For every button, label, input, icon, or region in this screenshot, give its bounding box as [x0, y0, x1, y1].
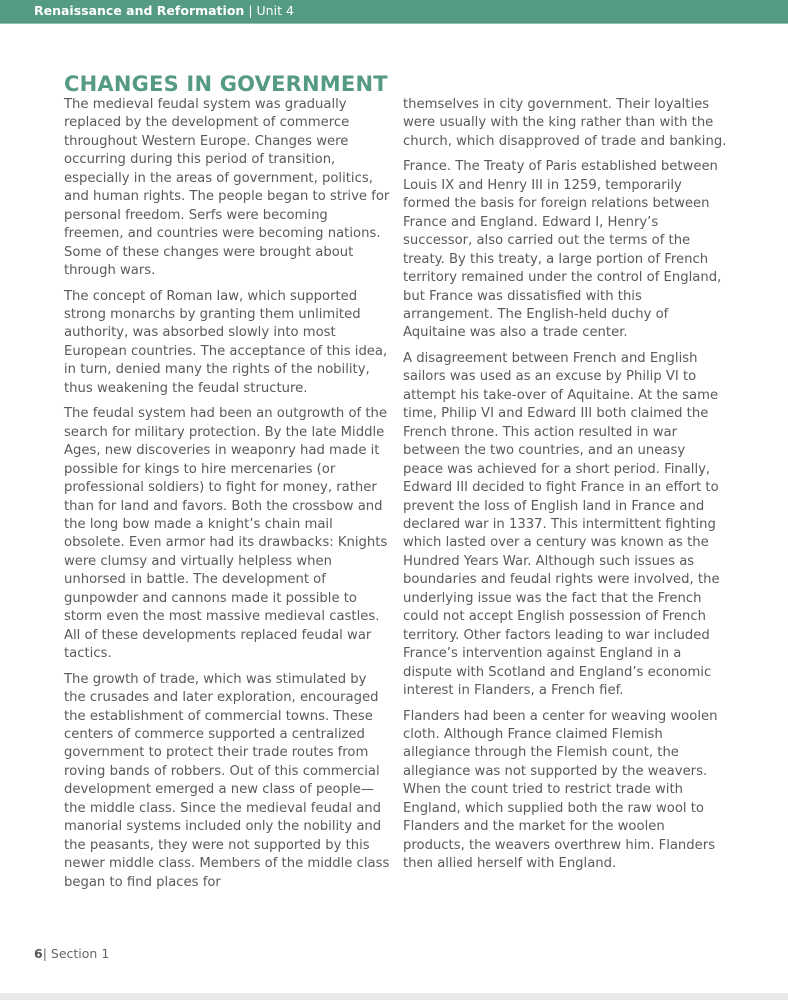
paragraph: A disagreement between French and Englis… — [403, 350, 729, 701]
paragraph: France. The Treaty of Paris established … — [403, 158, 729, 343]
paragraph: The concept of Roman law, which supporte… — [64, 288, 390, 399]
section-title: CHANGES IN GOVERNMENT — [64, 72, 388, 96]
header-band: Renaissance and Reformation|Unit 4 — [0, 0, 788, 24]
section-label: Section 1 — [51, 946, 109, 961]
paragraph: Flanders had been a center for weaving w… — [403, 708, 729, 874]
right-column: themselves in city government. Their loy… — [403, 96, 729, 881]
bottom-band — [0, 993, 788, 1000]
left-column: The medieval feudal system was gradually… — [64, 96, 390, 899]
footer-separator: | — [43, 946, 47, 961]
paragraph: The medieval feudal system was gradually… — [64, 96, 390, 281]
book-title: Renaissance and Reformation — [34, 3, 244, 18]
paragraph: The feudal system had been an outgrowth … — [64, 405, 390, 663]
page-footer: 6| Section 1 — [34, 946, 109, 961]
page-number: 6 — [34, 946, 43, 961]
paragraph: themselves in city government. Their loy… — [403, 96, 729, 151]
unit-label: Unit 4 — [257, 3, 294, 18]
paragraph: The growth of trade, which was stimulate… — [64, 671, 390, 892]
running-header: Renaissance and Reformation|Unit 4 — [34, 3, 294, 18]
header-separator: | — [248, 3, 252, 18]
